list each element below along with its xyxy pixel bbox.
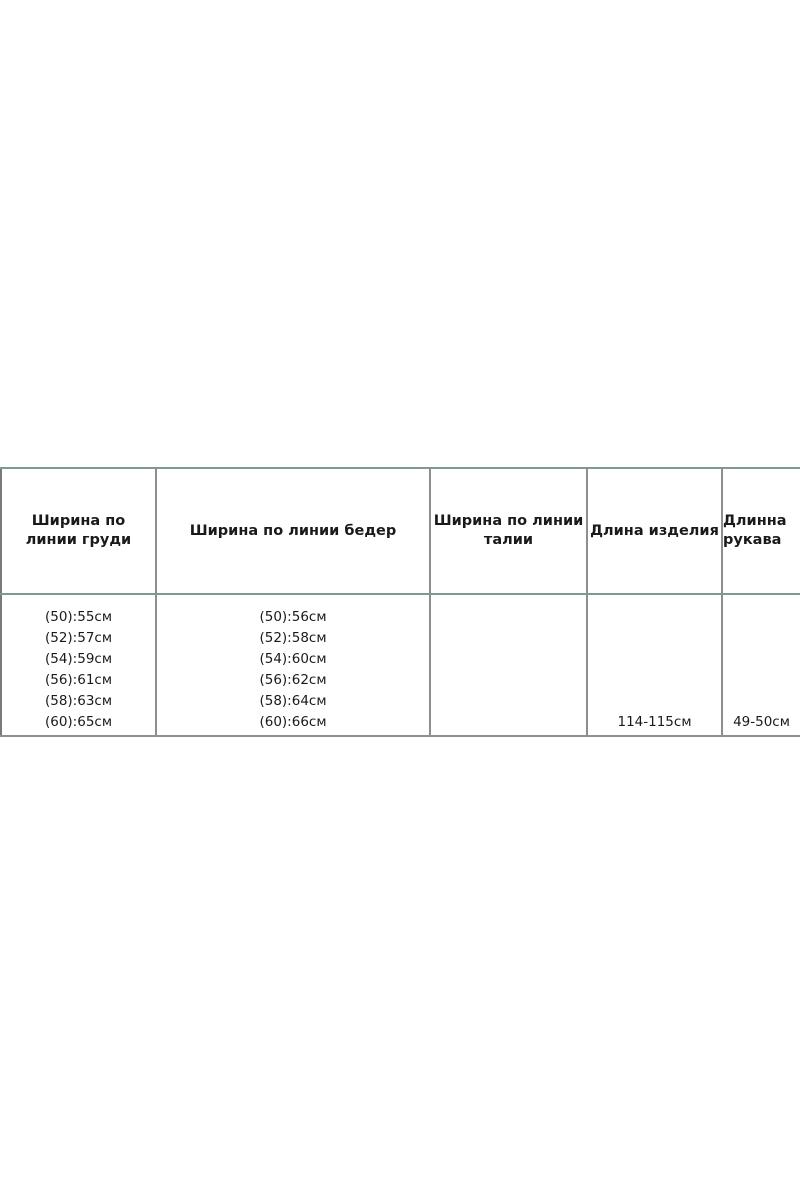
size-value: (50):56см (157, 607, 429, 628)
size-value: (58):63см (2, 691, 155, 712)
size-value: (52):57см (2, 628, 155, 649)
size-value: (56):62см (157, 670, 429, 691)
chest-width-cell: (50):55см(52):57см(54):59см(56):61см(58)… (1, 594, 156, 736)
header-waist-width-label: Ширина по линии талии (431, 512, 586, 550)
header-chest-width-label: Ширина по линии груди (2, 512, 155, 550)
chest-width-list: (50):55см(52):57см(54):59см(56):61см(58)… (2, 603, 155, 733)
product-length-value: 114-115см (588, 712, 721, 733)
header-row: Ширина по линии груди Ширина по линии бе… (1, 468, 800, 594)
sleeve-length-cell: 49-50см (722, 594, 800, 736)
header-hip-width-label: Ширина по линии бедер (190, 522, 397, 541)
size-value: (60):65см (2, 712, 155, 733)
size-value: (60):66см (157, 712, 429, 733)
size-value: (52):58см (157, 628, 429, 649)
size-value: (54):59см (2, 649, 155, 670)
header-sleeve-length: Длинна рукава (722, 468, 800, 594)
hip-width-cell: (50):56см(52):58см(54):60см(56):62см(58)… (156, 594, 430, 736)
size-value: (58):64см (157, 691, 429, 712)
header-hip-width: Ширина по линии бедер (156, 468, 430, 594)
table-row: (50):55см(52):57см(54):59см(56):61см(58)… (1, 594, 800, 736)
waist-width-list (431, 729, 586, 733)
size-value: (56):61см (2, 670, 155, 691)
header-product-length-label: Длина изделия (590, 522, 719, 541)
waist-width-cell (430, 594, 587, 736)
hip-width-list: (50):56см(52):58см(54):60см(56):62см(58)… (157, 603, 429, 733)
size-table: Ширина по линии груди Ширина по линии бе… (0, 467, 800, 737)
product-length-cell: 114-115см (587, 594, 722, 736)
sleeve-length-value: 49-50см (723, 712, 800, 733)
header-product-length: Длина изделия (587, 468, 722, 594)
size-value: (54):60см (157, 649, 429, 670)
header-waist-width: Ширина по линии талии (430, 468, 587, 594)
header-chest-width: Ширина по линии груди (1, 468, 156, 594)
header-sleeve-length-label: Длинна рукава (723, 512, 800, 550)
size-value: (50):55см (2, 607, 155, 628)
